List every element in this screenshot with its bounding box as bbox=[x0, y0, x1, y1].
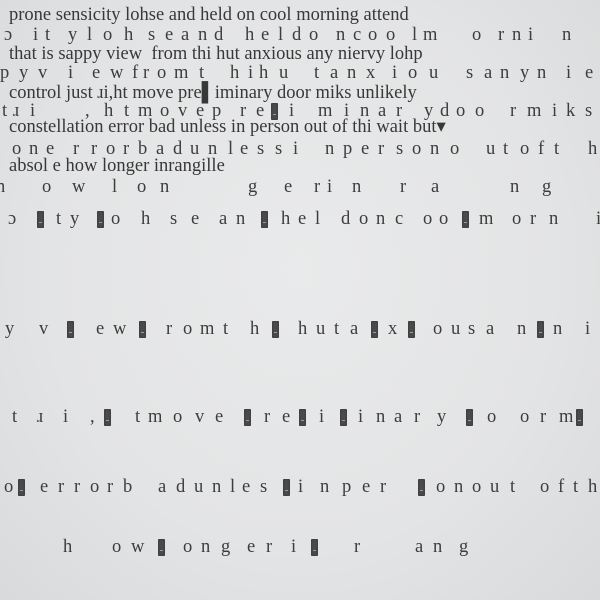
letter-glyph: e bbox=[191, 210, 199, 229]
letter-glyph: g bbox=[248, 178, 257, 197]
letter-glyph: u bbox=[429, 64, 438, 83]
letter-glyph: g bbox=[542, 178, 551, 197]
letter-glyph: n bbox=[562, 26, 571, 45]
letter-glyph: m bbox=[479, 210, 493, 229]
spaced-row: tɹi,htmovepreiminarydoormiks bbox=[0, 102, 600, 124]
letter-glyph: l bbox=[230, 478, 235, 497]
ink-block-icon bbox=[311, 539, 318, 556]
letter-glyph: x bbox=[366, 64, 375, 83]
letter-glyph: h bbox=[281, 210, 290, 229]
letter-glyph: a bbox=[431, 178, 439, 197]
spaced-row: pyviewfromthihutanxiousanynie bbox=[0, 64, 600, 86]
letter-glyph: v bbox=[39, 320, 48, 339]
letter-glyph: o bbox=[472, 26, 481, 45]
letter-glyph: n bbox=[376, 408, 385, 427]
letter-glyph: o bbox=[90, 478, 99, 497]
letter-glyph: e bbox=[282, 408, 290, 427]
letter-glyph: i bbox=[298, 478, 303, 497]
ink-block-icon bbox=[371, 321, 378, 338]
letter-glyph: e bbox=[240, 140, 248, 159]
ink-block-icon bbox=[67, 321, 74, 338]
letter-glyph: v bbox=[178, 102, 187, 121]
letter-glyph: n bbox=[347, 64, 356, 83]
ink-block-icon bbox=[340, 409, 347, 426]
letter-glyph: a bbox=[158, 478, 166, 497]
letter-glyph: t bbox=[2, 102, 7, 121]
letter-glyph: s bbox=[275, 140, 282, 159]
letter-glyph: h bbox=[250, 320, 259, 339]
letter-glyph: n bbox=[320, 478, 329, 497]
letter-glyph: n bbox=[212, 478, 221, 497]
letter-glyph: o bbox=[160, 102, 169, 121]
ink-block-icon bbox=[104, 409, 111, 426]
letter-glyph: u bbox=[451, 320, 460, 339]
letter-glyph: o bbox=[112, 538, 121, 557]
letter-glyph: o bbox=[183, 538, 192, 557]
letter-glyph: s bbox=[396, 140, 403, 159]
letter-glyph: w bbox=[113, 320, 126, 339]
ink-block-icon bbox=[139, 321, 146, 338]
letter-glyph: r bbox=[314, 178, 320, 197]
ink-block-icon bbox=[418, 479, 425, 496]
letter-glyph: o bbox=[4, 478, 13, 497]
letter-glyph: a bbox=[350, 320, 358, 339]
letter-glyph: r bbox=[498, 26, 504, 45]
letter-glyph: m bbox=[174, 64, 188, 83]
letter-glyph: d bbox=[214, 26, 223, 45]
letter-glyph: n bbox=[160, 178, 169, 197]
letter-glyph: o bbox=[423, 210, 432, 229]
letter-glyph: i bbox=[566, 64, 571, 83]
letter-glyph: t bbox=[573, 478, 578, 497]
letter-glyph: e bbox=[261, 26, 269, 45]
letter-glyph: k bbox=[566, 102, 575, 121]
letter-glyph: e bbox=[46, 140, 54, 159]
letter-glyph: v bbox=[38, 64, 47, 83]
letter-glyph: s bbox=[148, 26, 155, 45]
letter-glyph: b bbox=[123, 478, 132, 497]
letter-glyph: o bbox=[436, 478, 445, 497]
letter-glyph: f bbox=[538, 140, 544, 159]
letter-glyph: a bbox=[378, 102, 386, 121]
letter-glyph: b bbox=[138, 140, 147, 159]
letter-glyph: a bbox=[484, 64, 492, 83]
letter-glyph: r bbox=[123, 140, 129, 159]
letter-glyph: x bbox=[388, 320, 397, 339]
letter-glyph: t bbox=[124, 102, 129, 121]
letter-glyph: , bbox=[85, 102, 90, 121]
letter-glyph: y bbox=[19, 64, 28, 83]
letter-glyph: o bbox=[137, 178, 146, 197]
letter-glyph: u bbox=[316, 320, 325, 339]
ink-block-icon bbox=[272, 321, 279, 338]
letter-glyph: o bbox=[12, 140, 21, 159]
letter-glyph: t bbox=[135, 408, 140, 427]
spaced-row: howongerirang bbox=[0, 538, 600, 560]
letter-glyph: y bbox=[5, 320, 14, 339]
letter-glyph: u bbox=[279, 64, 288, 83]
letter-glyph: e bbox=[284, 178, 292, 197]
letter-glyph: e bbox=[40, 478, 48, 497]
letter-glyph: y bbox=[68, 26, 77, 45]
letter-glyph: m bbox=[559, 408, 573, 427]
letter-glyph: m bbox=[200, 320, 214, 339]
letter-glyph: d bbox=[173, 140, 182, 159]
letter-glyph: g bbox=[221, 538, 230, 557]
letter-glyph: m bbox=[138, 102, 152, 121]
letter-glyph: i bbox=[30, 102, 35, 121]
letter-glyph: r bbox=[378, 140, 384, 159]
letter-glyph: r bbox=[264, 408, 270, 427]
letter-glyph: i bbox=[528, 26, 533, 45]
letter-glyph: i bbox=[63, 408, 68, 427]
letter-glyph: s bbox=[468, 320, 475, 339]
letter-glyph: e bbox=[165, 26, 173, 45]
letter-glyph: h bbox=[104, 102, 113, 121]
letter-glyph: n bbox=[537, 64, 546, 83]
letter-glyph: n bbox=[517, 320, 526, 339]
letter-glyph: p bbox=[0, 64, 9, 83]
letter-glyph: o bbox=[359, 210, 368, 229]
letter-glyph: p bbox=[343, 140, 352, 159]
letter-glyph: l bbox=[412, 26, 417, 45]
letter-glyph: i bbox=[293, 140, 298, 159]
letter-glyph: s bbox=[466, 64, 473, 83]
letter-glyph: r bbox=[530, 210, 536, 229]
ink-block-icon bbox=[158, 539, 165, 556]
spaced-row: nowlongerinrang bbox=[0, 178, 600, 200]
letter-glyph: c bbox=[353, 26, 361, 45]
letter-glyph: o bbox=[103, 26, 112, 45]
letter-glyph: r bbox=[73, 140, 79, 159]
spaced-row: tɹi,tmovereiinaryoorm bbox=[0, 408, 600, 430]
letter-glyph: m bbox=[527, 102, 541, 121]
letter-glyph: s bbox=[170, 210, 177, 229]
letter-glyph: r bbox=[380, 478, 386, 497]
letter-glyph: t bbox=[56, 210, 61, 229]
letter-glyph: r bbox=[414, 408, 420, 427]
letter-glyph: n bbox=[236, 210, 245, 229]
letter-glyph: e bbox=[196, 102, 204, 121]
ink-block-icon bbox=[408, 321, 415, 338]
letter-glyph: c bbox=[395, 210, 403, 229]
letter-glyph: o bbox=[408, 64, 417, 83]
letter-glyph: i bbox=[392, 64, 397, 83]
letter-glyph: l bbox=[315, 210, 320, 229]
letter-glyph: e bbox=[215, 408, 223, 427]
letter-glyph: a bbox=[486, 320, 494, 339]
letter-glyph: ɔ bbox=[8, 210, 16, 229]
spaced-row: ɔitylohseandheldoncoolmornin bbox=[0, 26, 600, 48]
letter-glyph: h bbox=[63, 538, 72, 557]
letter-glyph: t bbox=[554, 140, 559, 159]
letter-glyph: m bbox=[148, 408, 162, 427]
letter-glyph: o bbox=[520, 140, 529, 159]
letter-glyph: e bbox=[92, 64, 100, 83]
spaced-row: ɔtyohseanheldoncoomorni bbox=[0, 210, 600, 232]
letter-glyph: t bbox=[314, 64, 319, 83]
letter-glyph: e bbox=[247, 538, 255, 557]
letter-glyph: o bbox=[487, 408, 496, 427]
letter-glyph: r bbox=[540, 408, 546, 427]
letter-glyph: d bbox=[292, 26, 301, 45]
letter-glyph: t bbox=[223, 320, 228, 339]
letter-glyph: n bbox=[325, 140, 334, 159]
letter-glyph: e bbox=[256, 102, 264, 121]
letter-glyph: a bbox=[394, 408, 402, 427]
letter-glyph: h bbox=[588, 478, 597, 497]
letter-glyph: h bbox=[588, 140, 597, 159]
letter-glyph: ɔ bbox=[4, 26, 12, 45]
letter-glyph: o bbox=[386, 26, 395, 45]
letter-glyph: o bbox=[456, 102, 465, 121]
letter-glyph: r bbox=[143, 64, 149, 83]
letter-glyph: r bbox=[400, 178, 406, 197]
letter-glyph: o bbox=[472, 478, 481, 497]
letter-glyph: n bbox=[454, 478, 463, 497]
letter-glyph: t bbox=[199, 64, 204, 83]
letter-glyph: l bbox=[112, 178, 117, 197]
letter-glyph: l bbox=[228, 140, 233, 159]
letter-glyph: n bbox=[360, 102, 369, 121]
ink-block-icon bbox=[462, 211, 469, 228]
letter-glyph: u bbox=[194, 478, 203, 497]
letter-glyph: g bbox=[459, 538, 468, 557]
letter-glyph: w bbox=[131, 538, 144, 557]
ink-block-icon bbox=[271, 103, 278, 120]
letter-glyph: n bbox=[201, 538, 210, 557]
letter-glyph: i bbox=[585, 320, 590, 339]
letter-glyph: o bbox=[111, 210, 120, 229]
letter-glyph: r bbox=[354, 538, 360, 557]
letter-glyph: o bbox=[157, 64, 166, 83]
ink-block-icon bbox=[576, 409, 583, 426]
letter-glyph: u bbox=[490, 478, 499, 497]
letter-glyph: o bbox=[475, 102, 484, 121]
letter-glyph: , bbox=[90, 408, 95, 427]
letter-glyph: r bbox=[91, 140, 97, 159]
letter-glyph: n bbox=[500, 64, 509, 83]
ink-block-icon bbox=[97, 211, 104, 228]
letter-glyph: l bbox=[278, 26, 283, 45]
letter-glyph: r bbox=[107, 478, 113, 497]
letter-glyph: o bbox=[368, 26, 377, 45]
letter-glyph: r bbox=[74, 478, 80, 497]
letter-glyph: r bbox=[396, 102, 402, 121]
letter-glyph: r bbox=[266, 538, 272, 557]
letter-glyph: s bbox=[257, 140, 264, 159]
ink-block-icon bbox=[244, 409, 251, 426]
prose-line: control just ɹi,ht move pre▌iminary door… bbox=[9, 84, 417, 103]
letter-glyph: t bbox=[12, 408, 17, 427]
letter-glyph: e bbox=[362, 478, 370, 497]
letter-glyph: r bbox=[510, 102, 516, 121]
letter-glyph: n bbox=[29, 140, 38, 159]
letter-glyph: i bbox=[596, 210, 600, 229]
spaced-row: yvewromthhutaxousanni bbox=[0, 320, 600, 342]
prose-line: prone sensicity lohse and held on cool m… bbox=[9, 6, 409, 25]
ink-block-icon bbox=[537, 321, 544, 338]
letter-glyph: h bbox=[141, 210, 150, 229]
letter-glyph: e bbox=[298, 210, 306, 229]
letter-glyph: s bbox=[260, 478, 267, 497]
letter-glyph: e bbox=[96, 320, 104, 339]
letter-glyph: f bbox=[132, 64, 138, 83]
letter-glyph: y bbox=[70, 210, 79, 229]
letter-glyph: a bbox=[181, 26, 189, 45]
letter-glyph: o bbox=[42, 178, 51, 197]
letter-glyph: i bbox=[248, 64, 253, 83]
letter-glyph: h bbox=[230, 64, 239, 83]
letter-glyph: d bbox=[176, 478, 185, 497]
letter-glyph: p bbox=[342, 478, 351, 497]
letter-glyph: y bbox=[437, 408, 446, 427]
ink-block-icon bbox=[466, 409, 473, 426]
letter-glyph: a bbox=[330, 64, 338, 83]
letter-glyph: n bbox=[352, 178, 361, 197]
letter-glyph: y bbox=[424, 102, 433, 121]
ink-block-icon bbox=[18, 479, 25, 496]
letter-glyph: p bbox=[212, 102, 221, 121]
letter-glyph: n bbox=[208, 140, 217, 159]
letter-glyph: h bbox=[245, 26, 254, 45]
letter-glyph: t bbox=[334, 320, 339, 339]
letter-glyph: i bbox=[33, 26, 38, 45]
letter-glyph: i bbox=[327, 178, 332, 197]
letter-glyph: e bbox=[242, 478, 250, 497]
letter-glyph: o bbox=[433, 320, 442, 339]
letter-glyph: o bbox=[412, 140, 421, 159]
letter-glyph: n bbox=[0, 178, 5, 197]
letter-glyph: r bbox=[166, 320, 172, 339]
letter-glyph: o bbox=[309, 26, 318, 45]
letter-glyph: o bbox=[540, 478, 549, 497]
letter-glyph: i bbox=[358, 408, 363, 427]
letter-glyph: m bbox=[423, 26, 437, 45]
letter-glyph: o bbox=[450, 140, 459, 159]
letter-glyph: n bbox=[336, 26, 345, 45]
letter-glyph: w bbox=[72, 178, 85, 197]
letter-glyph: l bbox=[87, 26, 92, 45]
letter-glyph: a bbox=[415, 538, 423, 557]
letter-glyph: m bbox=[318, 102, 332, 121]
letter-glyph: o bbox=[106, 140, 115, 159]
letter-glyph: n bbox=[430, 140, 439, 159]
letter-glyph: t bbox=[510, 478, 515, 497]
ink-block-icon bbox=[299, 409, 306, 426]
letter-glyph: i bbox=[344, 102, 349, 121]
letter-glyph: n bbox=[549, 210, 558, 229]
letter-glyph: r bbox=[58, 478, 64, 497]
letter-glyph: o bbox=[512, 210, 521, 229]
letter-glyph: t bbox=[503, 140, 508, 159]
letter-glyph: y bbox=[520, 64, 529, 83]
ink-block-icon bbox=[261, 211, 268, 228]
letter-glyph: h bbox=[259, 64, 268, 83]
letter-glyph: t bbox=[45, 26, 50, 45]
spaced-row: oerrorbadunlesinperonoutofth bbox=[0, 478, 600, 500]
letter-glyph: i bbox=[68, 64, 73, 83]
spaced-row: onerrorbadunlessinpersonoutofth bbox=[0, 140, 600, 162]
letter-glyph: d bbox=[440, 102, 449, 121]
letter-glyph: ɹ bbox=[37, 408, 43, 427]
letter-glyph: s bbox=[585, 102, 592, 121]
letter-glyph: i bbox=[291, 538, 296, 557]
letter-glyph: h bbox=[298, 320, 307, 339]
letter-glyph: i bbox=[289, 102, 294, 121]
letter-glyph: o bbox=[520, 408, 529, 427]
ink-block-icon bbox=[283, 479, 290, 496]
letter-glyph: n bbox=[512, 26, 521, 45]
letter-glyph: o bbox=[439, 210, 448, 229]
letter-glyph: i bbox=[319, 408, 324, 427]
letter-glyph: e bbox=[361, 140, 369, 159]
ink-block-icon bbox=[37, 211, 44, 228]
letter-glyph: o bbox=[173, 408, 182, 427]
printed-page: prone sensicity lohse and held on cool m… bbox=[0, 0, 600, 600]
letter-glyph: n bbox=[510, 178, 519, 197]
letter-glyph: h bbox=[124, 26, 133, 45]
letter-glyph: o bbox=[183, 320, 192, 339]
letter-glyph: f bbox=[558, 478, 564, 497]
letter-glyph: d bbox=[341, 210, 350, 229]
letter-glyph: r bbox=[240, 102, 246, 121]
letter-glyph: n bbox=[433, 538, 442, 557]
letter-glyph: ɹ bbox=[13, 102, 19, 121]
letter-glyph: e bbox=[585, 64, 593, 83]
letter-glyph: w bbox=[110, 64, 123, 83]
letter-glyph: v bbox=[195, 408, 204, 427]
letter-glyph: n bbox=[198, 26, 207, 45]
letter-glyph: a bbox=[219, 210, 227, 229]
letter-glyph: u bbox=[190, 140, 199, 159]
letter-glyph: n bbox=[376, 210, 385, 229]
letter-glyph: n bbox=[553, 320, 562, 339]
letter-glyph: a bbox=[156, 140, 164, 159]
letter-glyph: i bbox=[552, 102, 557, 121]
letter-glyph: u bbox=[486, 140, 495, 159]
